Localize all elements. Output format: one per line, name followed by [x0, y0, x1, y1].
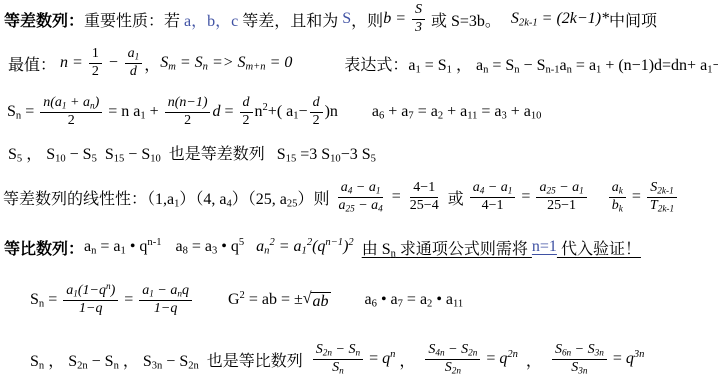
subscript: 4 [378, 203, 383, 213]
subscript: 4 [348, 185, 353, 195]
text-run: ， [395, 348, 423, 371]
text-run: q3n [626, 350, 645, 368]
denominator: S3n [568, 360, 590, 377]
superscript: 2n [507, 349, 518, 360]
denominator: d [127, 64, 140, 81]
subscript: 2 [427, 299, 432, 310]
subscript: 1 [415, 64, 420, 75]
fraction: a4 − a14−1 [470, 180, 516, 215]
fraction: d2 [310, 95, 323, 130]
spacer [331, 300, 365, 301]
subscript: 25 [546, 185, 555, 195]
denominator: 25−4 [407, 198, 442, 215]
spacer [161, 247, 175, 248]
numerator: d [240, 95, 253, 113]
fraction: a4 − a1a25 − a4 [335, 180, 385, 215]
text-run: 中间项 [609, 8, 657, 31]
text-run: = [220, 103, 237, 121]
text-run: ，则 [351, 8, 383, 31]
text-run: Sn [332, 360, 344, 375]
text-run: S2n [445, 360, 461, 375]
subscript: n [90, 100, 95, 110]
geometric-definition-line: 等比数列：an = a1 • qn-1a8 = a3 • q5an2 = a12… [4, 232, 641, 262]
text-run: S [342, 10, 351, 28]
text-run: a1 [128, 46, 140, 61]
denominator: S2n [442, 360, 464, 377]
subscript: 1 [579, 185, 584, 195]
denominator: Sn [329, 360, 347, 377]
text-run: 2 [184, 113, 191, 128]
text-run: 代入验证！ [557, 236, 641, 259]
text-run: 2 [68, 113, 75, 128]
extremum-and-general-term-line: 最值： n = 12 − a1d，Sm = Sn => Sm+n = 0表达式：… [8, 40, 718, 86]
superscript: 2 [307, 237, 312, 248]
subscript: m [168, 62, 176, 73]
spacer [354, 247, 362, 248]
subscript: 1 [149, 288, 154, 298]
text-run: 或 S=3b。 [427, 8, 501, 31]
spacer [292, 63, 344, 64]
subscript: 1 [293, 111, 298, 122]
fraction: a1(1−qn)1−q [63, 283, 118, 318]
denominator: 1−q [151, 301, 180, 318]
subscript: 1 [121, 246, 126, 257]
text-run: 1 [92, 46, 99, 61]
subscript: k [619, 185, 623, 195]
subscript: 1 [135, 51, 140, 61]
text-run: a1(1−qn) [66, 283, 115, 298]
subscript: 1 [447, 64, 452, 75]
text-run: n(a1 + an) [43, 95, 99, 110]
superscript: n−1 [325, 237, 343, 248]
numerator: n(n−1) [165, 95, 211, 113]
text-run: 等比数列： [4, 236, 84, 259]
text-run: S6n − S3n [555, 342, 604, 357]
text-run: = [482, 350, 499, 368]
text-run: q2n [499, 350, 518, 368]
subscript: 2n [468, 347, 477, 357]
subscript: n [39, 299, 44, 310]
text-run: n2+( a1− [255, 103, 308, 121]
numerator: S2n − Sn [313, 342, 363, 360]
subscript: 8 [183, 246, 188, 257]
text-run: 1−q [154, 301, 177, 316]
subscript: 10 [531, 111, 542, 122]
text-run: S3n [571, 360, 587, 375]
subscript: 4n [435, 347, 444, 357]
numerator: a1 [125, 46, 143, 64]
subscript: 1 [508, 185, 513, 195]
text-run: = [388, 188, 405, 206]
text-run: a25 − a4 [338, 198, 382, 213]
text-run: Sn = [30, 291, 61, 309]
text-run: 2 [313, 113, 320, 128]
subscript: n [514, 64, 519, 75]
text-run: n = [60, 54, 87, 72]
subscript: 25 [287, 198, 298, 209]
text-run: 3 [415, 20, 422, 35]
text-run: a8 = a3 • q5 [175, 238, 244, 256]
spacer [194, 300, 228, 301]
subscript: 1 [174, 198, 179, 209]
text-run: a25 − a1 [539, 180, 583, 195]
denominator: 2 [89, 64, 102, 81]
fraction: S2k-1T2k-1 [647, 180, 677, 215]
subscript: n-1 [545, 64, 559, 75]
subscript: 4 [227, 198, 232, 209]
subscript: 1 [707, 64, 712, 75]
subscript: 10 [55, 153, 66, 164]
superscript: n [106, 281, 111, 291]
subscript: 1 [596, 64, 601, 75]
text-run: 25−4 [410, 198, 439, 213]
numerator: a4 − a1 [470, 180, 516, 198]
sqrt-expression: √ab [303, 290, 331, 311]
subscript: n [355, 347, 360, 357]
text-run: a1 − anq [142, 283, 189, 298]
subscript: 1 [376, 185, 381, 195]
subscript: 5 [371, 153, 376, 164]
subscript: 1 [140, 111, 145, 122]
subscript: n [177, 288, 182, 298]
subscript: 3 [502, 111, 507, 122]
subscript: 15 [286, 153, 297, 164]
text-run: d [130, 64, 137, 79]
text-run: a4 − a1 [341, 180, 381, 195]
text-run: = [517, 188, 534, 206]
fraction: n(n−1)2 [165, 95, 211, 130]
fraction: S4n − S2nS2n [425, 342, 480, 377]
text-run: S2n − Sn [316, 342, 360, 357]
numerator: a1 − anq [139, 283, 192, 301]
fraction: S3 [412, 2, 425, 37]
subscript: 11 [467, 111, 477, 122]
denominator: bk [609, 198, 626, 215]
spacer [244, 247, 256, 248]
subscript: 4 [480, 185, 485, 195]
text-run: = [609, 350, 626, 368]
denominator: 25−1 [544, 198, 579, 215]
subscript: 10 [330, 153, 341, 164]
fraction: a25 − a125−1 [536, 180, 586, 215]
text-run: 最值： [8, 52, 60, 75]
text-run: b = [383, 10, 410, 28]
numerator: a1(1−qn) [63, 283, 118, 301]
text-run: a，b，c [184, 8, 238, 31]
subscript: 3n [578, 365, 587, 375]
text-run: ak [612, 180, 623, 195]
subscript: k [619, 203, 623, 213]
denominator: a25 − a4 [335, 198, 385, 215]
superscript: 2 [263, 102, 268, 113]
subscript: n [567, 64, 572, 75]
text-run: ， [144, 52, 160, 75]
subscript: 5 [92, 153, 97, 164]
text-run: 等差数列： [4, 8, 84, 31]
subscript: 2n [77, 360, 88, 371]
text-run: an2 = a12(qn−1)2 [256, 238, 354, 256]
text-run: ， [518, 348, 550, 371]
geometric-sum-formula-line: Sn = a1(1−qn)1−q = a1 − anq1−qG2 = ab = … [30, 274, 463, 326]
text-run: 4−1 [413, 180, 435, 195]
subscript: 7 [408, 111, 413, 122]
subscript: 6n [562, 347, 571, 357]
subscript: 1 [73, 288, 78, 298]
denominator: 4−1 [479, 198, 507, 215]
numerator: ak [609, 180, 626, 198]
numerator: a25 − a1 [536, 180, 586, 198]
denominator: 3 [412, 20, 425, 37]
fraction: 12 [89, 46, 102, 81]
superscript: 2 [269, 237, 274, 248]
spacer [501, 19, 511, 20]
text-run: 由 Sn 求通项公式则需将 [362, 236, 532, 259]
text-run: = n a1 + [104, 103, 162, 121]
subscript: 3n [595, 347, 604, 357]
text-run: qn [382, 350, 395, 368]
fraction: a1 − anq1−q [139, 283, 192, 318]
text-run: 2 [243, 113, 250, 128]
text-run: n=1 [532, 238, 557, 256]
subscript: n [39, 360, 44, 371]
text-run: a6 • a7 = a2 • a11 [365, 291, 464, 309]
subscript: 2k-1 [658, 203, 674, 213]
arithmetic-linearity-line: 等差数列的线性性：（1,a1）（4, a4）（25, a25）则 a4 − a1… [3, 170, 679, 224]
text-run: Sn ， S2n − Sn ， S3n − S2n 也是等比数列 [30, 348, 311, 371]
subscript: n [91, 246, 96, 257]
denominator: 2 [240, 113, 253, 130]
subscript: n [483, 64, 488, 75]
text-run: a6 + a7 = a2 + a11 = a3 + a10 [372, 103, 542, 121]
fraction: a1d [125, 46, 143, 81]
subscript: 5 [17, 153, 22, 164]
text-run: S2k-1 = (2k−1)* [511, 10, 609, 28]
subscript: 6 [379, 111, 384, 122]
arithmetic-sum-formula-line: Sn = n(a1 + an)2 = n a1 + n(n−1)2d = d2n… [7, 88, 541, 136]
numerator: d [310, 95, 323, 113]
subscript: n [391, 248, 396, 259]
text-run: 等差，且和为 [238, 8, 342, 31]
subscript: 11 [453, 299, 463, 310]
text-run: )n [325, 103, 338, 121]
subscript: n [114, 360, 119, 371]
text-run: S5 ， S10 − S5 S15 − S10 也是等差数列 S15 =3 S1… [8, 141, 376, 164]
subscript: m+n [246, 62, 266, 73]
denominator: 1−q [76, 301, 105, 318]
subscript: 2n [452, 365, 461, 375]
numerator: 4−1 [410, 180, 438, 198]
subscript: 15 [114, 153, 125, 164]
subscript: n [339, 365, 344, 375]
text-run: S4n − S2n [428, 342, 477, 357]
subscript: 2n [188, 360, 199, 371]
numerator: n(a1 + an) [40, 95, 102, 113]
fraction: akbk [609, 180, 626, 215]
text-run: a4 − a1 [473, 180, 513, 195]
text-run: 4−1 [482, 198, 504, 213]
denominator: T2k-1 [647, 198, 677, 215]
subscript: 10 [150, 153, 161, 164]
numerator: S2k-1 [647, 180, 676, 198]
superscript: n-1 [147, 237, 161, 248]
spacer [338, 112, 372, 113]
subscript: 25 [345, 203, 354, 213]
text-run: T2k-1 [650, 198, 674, 213]
text-run: 25−1 [547, 198, 576, 213]
text-run: n(n−1) [168, 95, 208, 110]
numerator: S4n − S2n [425, 342, 480, 360]
text-run: 表达式：a1 = S1 ， an = Sn − Sn-1an = a1 + (n… [344, 52, 718, 75]
fraction: d2 [240, 95, 253, 130]
geometric-block-sums-line: Sn ， S2n − Sn ， S3n − S2n 也是等比数列 S2n − S… [30, 330, 644, 388]
text-run: Sm = Sn => Sm+n = 0 [160, 54, 292, 72]
subscript: n [16, 111, 21, 122]
subscript: 2 [438, 111, 443, 122]
text-run: 等差数列的线性性：（1,a1）（4, a4）（25, a25）则 [3, 186, 333, 209]
denominator: 2 [181, 113, 194, 130]
subscript: 1 [62, 100, 67, 110]
text-run: G2 = ab = ± [228, 291, 303, 309]
numerator: a4 − a1 [338, 180, 384, 198]
subscript: 7 [398, 299, 403, 310]
text-run: bk [612, 198, 623, 213]
text-run: = [120, 291, 137, 309]
text-run: 2 [92, 64, 99, 79]
subscript: n [203, 62, 208, 73]
text-run: ab [313, 293, 329, 310]
numerator: S6n − S3n [552, 342, 607, 360]
numerator: 1 [89, 46, 102, 64]
text-run: 重要性质：若 [84, 8, 184, 31]
text-run: d [313, 95, 320, 110]
subscript: 3n [152, 360, 163, 371]
fraction: n(a1 + an)2 [40, 95, 102, 130]
text-run: an = a1 • qn-1 [84, 238, 161, 256]
arithmetic-block-sums-line: S5 ， S10 − S5 S15 − S10 也是等差数列 S15 =3 S1… [8, 138, 376, 166]
denominator: 2 [65, 113, 78, 130]
text-run: d [243, 95, 250, 110]
text-run: S2k-1 [650, 180, 673, 195]
spacer [589, 197, 607, 198]
text-run: = [628, 188, 645, 206]
arithmetic-key-property-line: 等差数列：重要性质：若 a，b，c 等差，且和为 S，则b = S3 或 S=3… [4, 0, 657, 38]
fraction: 4−125−4 [407, 180, 442, 215]
text-run: S [415, 2, 422, 17]
fraction: S6n − S3nS3n [552, 342, 607, 377]
subscript: 2n [323, 347, 332, 357]
text-run: 1−q [79, 301, 102, 316]
text-run: 或 [444, 186, 468, 209]
subscript: 3 [212, 246, 217, 257]
denominator: 2 [310, 113, 323, 130]
text-run: − [104, 54, 123, 72]
fraction: S2n − SnSn [313, 342, 363, 377]
subscript: 2k-1 [519, 18, 538, 29]
superscript: 2 [240, 290, 245, 301]
text-run: d [212, 103, 220, 121]
text-run: = [365, 350, 382, 368]
numerator: S [412, 2, 425, 20]
subscript: 2k-1 [657, 185, 673, 195]
subscript: 6 [372, 299, 377, 310]
radicand: ab [311, 292, 331, 311]
text-run: Sn = [7, 103, 38, 121]
superscript: 3n [634, 349, 645, 360]
